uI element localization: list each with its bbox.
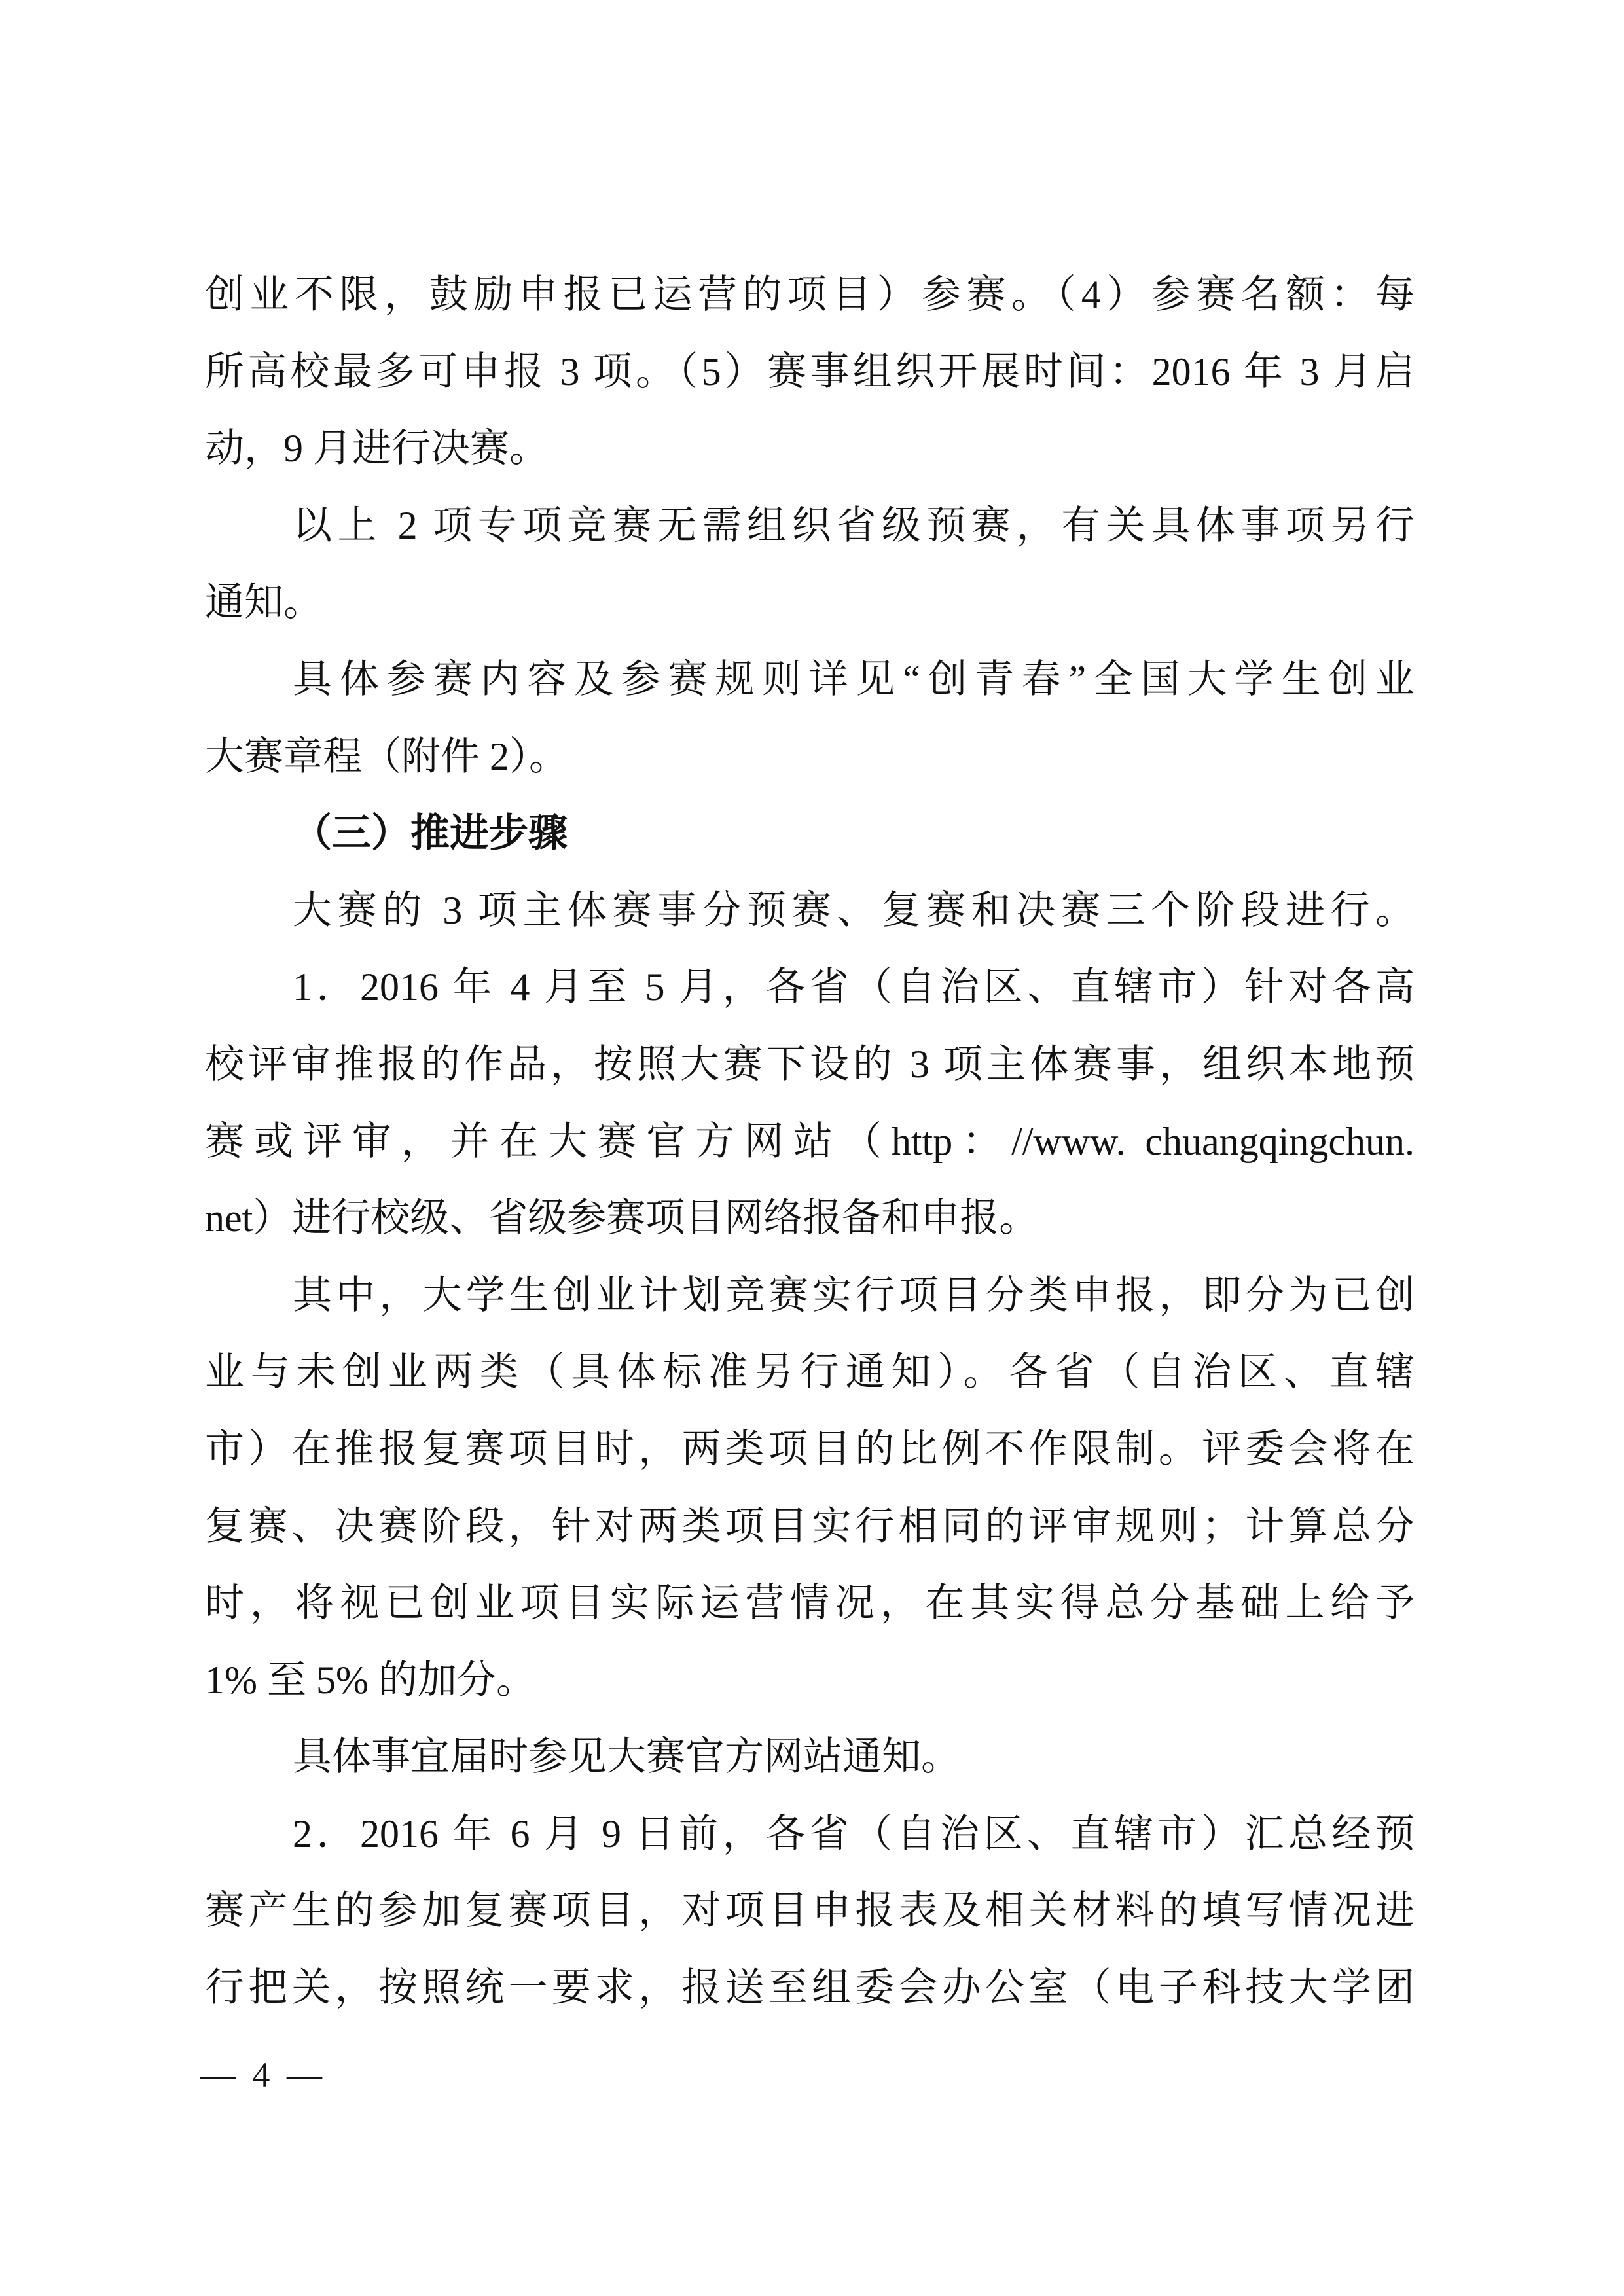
text-line: 1．2016 年 4 月至 5 月，各省（自治区、直辖市）针对各高 bbox=[205, 949, 1415, 1026]
text-line: 行把关，按照统一要求，报送至组委会办公室（电子科技大学团 bbox=[205, 1950, 1415, 2027]
text-line: 大赛章程（附件 2）。 bbox=[205, 719, 1415, 796]
text-line: 赛产生的参加复赛项目，对项目申报表及相关材料的填写情况进 bbox=[205, 1873, 1415, 1950]
text-line: 市）在推报复赛项目时，两类项目的比例不作限制。评委会将在 bbox=[205, 1411, 1415, 1488]
text-line: 2．2016 年 6 月 9 日前，各省（自治区、直辖市）汇总经预 bbox=[205, 1796, 1415, 1873]
document-body: 创业不限，鼓励申报已运营的项目）参赛。（4）参赛名额：每 所高校最多可申报 3 … bbox=[205, 257, 1415, 2027]
text-line: 具体参赛内容及参赛规则详见“创青春”全国大学生创业 bbox=[205, 641, 1415, 719]
text-line: 复赛、决赛阶段，针对两类项目实行相同的评审规则；计算总分 bbox=[205, 1488, 1415, 1566]
text-line: 业与未创业两类（具体标准另行通知）。各省（自治区、直辖 bbox=[205, 1334, 1415, 1411]
text-line: 通知。 bbox=[205, 564, 1415, 641]
text-line: 时，将视已创业项目实际运营情况，在其实得总分基础上给予 bbox=[205, 1565, 1415, 1642]
text-line: 以上 2 项专项竞赛无需组织省级预赛，有关具体事项另行 bbox=[205, 488, 1415, 565]
text-line: 动，9 月进行决赛。 bbox=[205, 410, 1415, 488]
text-line: 具体事宜届时参见大赛官方网站通知。 bbox=[205, 1719, 1415, 1796]
text-line: 创业不限，鼓励申报已运营的项目）参赛。（4）参赛名额：每 bbox=[205, 257, 1415, 334]
text-line: net）进行校级、省级参赛项目网络报备和申报。 bbox=[205, 1180, 1415, 1257]
text-line: 1% 至 5% 的加分。 bbox=[205, 1642, 1415, 1719]
text-line: 大赛的 3 项主体赛事分预赛、复赛和决赛三个阶段进行。 bbox=[205, 872, 1415, 950]
document-page: 创业不限，鼓励申报已运营的项目）参赛。（4）参赛名额：每 所高校最多可申报 3 … bbox=[0, 0, 1624, 2296]
text-line: 校评审推报的作品，按照大赛下设的 3 项主体赛事，组织本地预 bbox=[205, 1026, 1415, 1103]
page-number: — 4 — bbox=[200, 2054, 326, 2096]
text-line: 赛或评审，并在大赛官方网站（http：//www. chuangqingchun… bbox=[205, 1103, 1415, 1181]
paragraph-heading: （三）推进步骤 bbox=[205, 795, 1415, 872]
text-line: 其中，大学生创业计划竞赛实行项目分类申报，即分为已创 bbox=[205, 1257, 1415, 1335]
text-line: 所高校最多可申报 3 项。（5）赛事组织开展时间：2016 年 3 月启 bbox=[205, 334, 1415, 411]
